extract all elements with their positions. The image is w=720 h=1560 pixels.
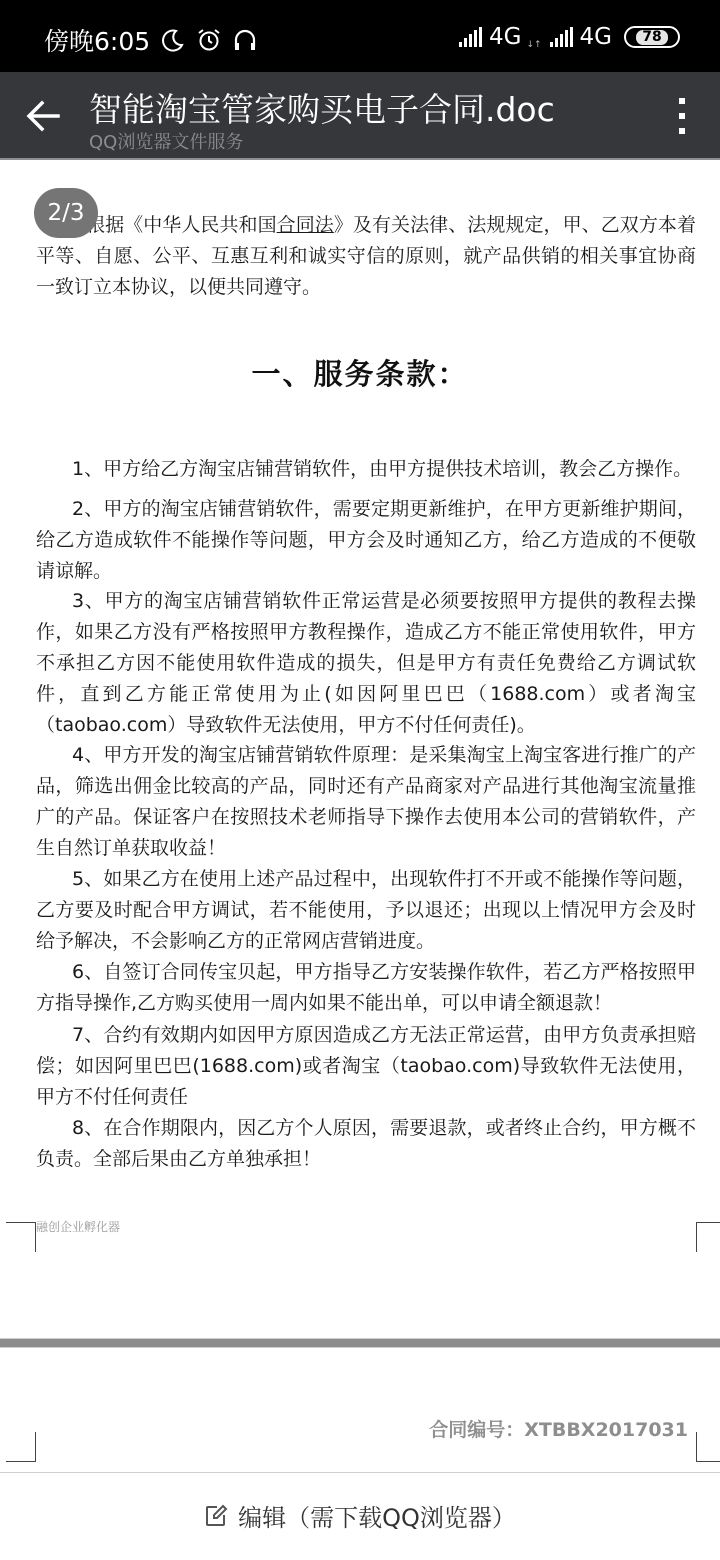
contract-law-link: 合同法 — [277, 214, 334, 236]
intro-paragraph: 根据《中华人民共和国合同法》及有关法律、法规规定，甲、乙双方本着平等、自愿、公平… — [36, 210, 696, 303]
signal-icon — [550, 27, 573, 47]
clause-8: 8、在合作期限内，因乙方个人原因，需要退款，或者终止合约，甲方概不负责。全部后果… — [36, 1113, 696, 1175]
clause-7: 7、合约有效期内如因甲方原因造成乙方无法正常运营，由甲方负责承担赔偿；如因阿里巴… — [36, 1020, 696, 1113]
more-vertical-icon-dot — [679, 113, 685, 119]
page-corner-mark — [696, 1222, 720, 1252]
sim1-network: 4G — [489, 24, 521, 50]
sim2-network: 4G — [580, 24, 612, 50]
page-corner-mark — [6, 1432, 36, 1462]
headphones-icon — [232, 27, 258, 53]
back-button[interactable] — [22, 96, 64, 136]
arrow-left-icon — [22, 96, 64, 136]
clause-5: 5、如果乙方在使用上述产品过程中，出现软件打不开或不能操作等问题，乙方要及时配合… — [36, 864, 696, 957]
battery-icon: 78 — [624, 26, 680, 48]
signal-icon — [459, 27, 482, 47]
document-viewer[interactable]: 2/3 根据《中华人民共和国合同法》及有关法律、法规规定，甲、乙双方本着平等、自… — [0, 162, 720, 1472]
clause-2: 2、甲方的淘宝店铺营销软件，需要定期更新维护，在甲方更新维护期间，给乙方造成软件… — [36, 494, 696, 587]
bottom-bar: 编辑（需下载QQ浏览器） — [0, 1472, 720, 1560]
page-footer-text: 融创企业孵化器 — [36, 1218, 120, 1235]
alarm-icon — [196, 27, 222, 53]
document-subtitle: QQ浏览器文件服务 — [89, 128, 243, 154]
status-left: 傍晚6:05 — [44, 22, 258, 58]
clock: 傍晚6:05 — [44, 22, 150, 58]
moon-icon — [160, 27, 186, 53]
page-corner-mark — [6, 1222, 36, 1252]
data-activity-icon: ↓↑ — [526, 40, 541, 50]
more-vertical-icon-dot — [679, 128, 685, 134]
edit-icon — [204, 1504, 228, 1528]
battery-level: 78 — [636, 30, 667, 45]
page-indicator: 2/3 — [34, 188, 98, 238]
clause-3: 3、甲方的淘宝店铺营销软件正常运营是必须要按照甲方提供的教程去操作，如果乙方没有… — [36, 586, 696, 741]
clause-4: 4、甲方开发的淘宝店铺营销软件原理：是采集淘宝上淘宝客进行推广的产品，筛选出佣金… — [36, 740, 696, 864]
clause-1: 1、甲方给乙方淘宝店铺营销软件，由甲方提供技术培训，教会乙方操作。 — [36, 454, 696, 485]
page-separator — [0, 1338, 720, 1348]
page-corner-mark — [696, 1432, 720, 1462]
contract-number: 合同编号：XTBBX2017031 — [429, 1415, 688, 1442]
document-title: 智能淘宝管家购买电子合同.doc — [89, 84, 555, 131]
clause-6: 6、自签订合同传宝贝起，甲方指导乙方安装操作软件，若乙方严格按照甲方指导操作,乙… — [36, 957, 696, 1019]
status-bar: 傍晚6:05 4G ↓↑ 4G 78 — [0, 0, 720, 72]
more-options-button[interactable] — [676, 98, 688, 134]
app-bar: 智能淘宝管家购买电子合同.doc QQ浏览器文件服务 — [0, 72, 720, 160]
section-title: 一、服务条款： — [0, 352, 720, 393]
status-right: 4G ↓↑ 4G 78 — [459, 24, 680, 50]
intro-text-before: 根据《中华人民共和国 — [86, 214, 277, 236]
edit-label: 编辑（需下载QQ浏览器） — [238, 1498, 516, 1533]
edit-button[interactable]: 编辑（需下载QQ浏览器） — [204, 1498, 516, 1533]
more-vertical-icon — [679, 98, 685, 104]
